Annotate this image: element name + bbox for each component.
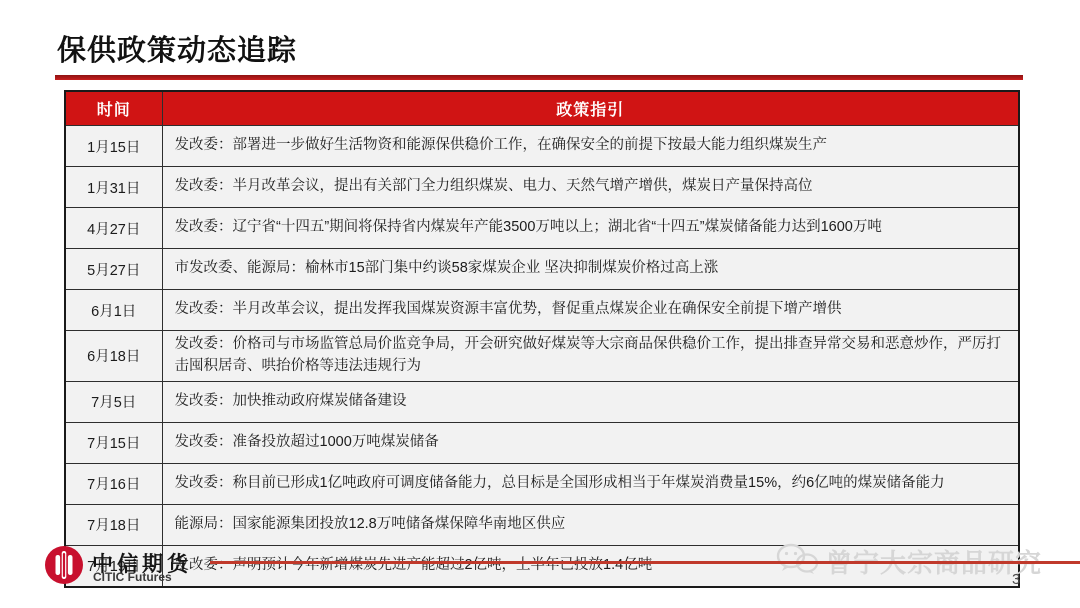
table-row: 7月16日 发改委：称目前已形成1亿吨政府可调度储备能力，总目标是全国形成相当于… [65, 463, 1019, 504]
date-cell: 7月16日 [65, 463, 162, 504]
table-row: 7月5日 发改委：加快推动政府煤炭储备建设 [65, 381, 1019, 422]
date-cell: 5月27日 [65, 249, 162, 290]
policy-table: 时间 政策指引 1月15日 发改委：部署进一步做好生活物资和能源保供稳价工作，在… [64, 90, 1020, 588]
table-row: 1月15日 发改委：部署进一步做好生活物资和能源保供稳价工作，在确保安全的前提下… [65, 126, 1019, 167]
date-cell: 1月15日 [65, 126, 162, 167]
policy-cell: 发改委：半月改革会议，提出有关部门全力组织煤炭、电力、天然气增产增供，煤炭日产量… [162, 167, 1019, 208]
footer-divider-line [210, 561, 1080, 564]
column-header-time: 时间 [65, 91, 162, 126]
date-cell: 1月31日 [65, 167, 162, 208]
table-row: 6月18日 发改委：价格司与市场监管总局价监竞争局，开会研究做好煤炭等大宗商品保… [65, 331, 1019, 382]
table-row: 7月18日 能源局：国家能源集团投放12.8万吨储备煤保障华南地区供应 [65, 504, 1019, 545]
policy-cell: 发改委：半月改革会议，提出发挥我国煤炭资源丰富优势，督促重点煤炭企业在确保安全前… [162, 290, 1019, 331]
date-cell: 7月18日 [65, 504, 162, 545]
policy-cell: 发改委：价格司与市场监管总局价监竞争局，开会研究做好煤炭等大宗商品保供稳价工作，… [162, 331, 1019, 382]
policy-cell: 发改委：称目前已形成1亿吨政府可调度储备能力，总目标是全国形成相当于年煤炭消费量… [162, 463, 1019, 504]
table-row: 6月1日 发改委：半月改革会议，提出发挥我国煤炭资源丰富优势，督促重点煤炭企业在… [65, 290, 1019, 331]
policy-cell: 发改委：部署进一步做好生活物资和能源保供稳价工作，在确保安全的前提下按最大能力组… [162, 126, 1019, 167]
table-header-row: 时间 政策指引 [65, 91, 1019, 126]
policy-cell: 能源局：国家能源集团投放12.8万吨储备煤保障华南地区供应 [162, 504, 1019, 545]
page-number: 3 [1012, 571, 1020, 588]
wechat-icon [775, 543, 819, 575]
table-row: 4月27日 发改委：辽宁省“十四五”期间将保持省内煤炭年产能3500万吨以上；湖… [65, 208, 1019, 249]
table-row: 1月31日 发改委：半月改革会议，提出有关部门全力组织煤炭、电力、天然气增产增供… [65, 167, 1019, 208]
date-cell: 4月27日 [65, 208, 162, 249]
column-header-policy: 政策指引 [162, 91, 1019, 126]
policy-cell: 市发改委、能源局：榆林市15部门集中约谈58家煤炭企业 坚决抑制煤炭价格过高上涨 [162, 249, 1019, 290]
date-cell: 6月18日 [65, 331, 162, 382]
policy-cell: 发改委：辽宁省“十四五”期间将保持省内煤炭年产能3500万吨以上；湖北省“十四五… [162, 208, 1019, 249]
page-title: 保供政策动态追踪 [57, 28, 297, 69]
slide: 保供政策动态追踪 时间 政策指引 1月15日 发改委：部署进一步做好生活物资和能… [0, 0, 1080, 608]
date-cell: 7月5日 [65, 381, 162, 422]
table-row: 7月15日 发改委：准备投放超过1000万吨煤炭储备 [65, 422, 1019, 463]
table-row: 5月27日 市发改委、能源局：榆林市15部门集中约谈58家煤炭企业 坚决抑制煤炭… [65, 249, 1019, 290]
date-cell: 6月1日 [65, 290, 162, 331]
brand-name-en: CITIC Futures [93, 570, 172, 584]
citic-logo-icon [44, 545, 84, 585]
policy-cell: 发改委：加快推动政府煤炭储备建设 [162, 381, 1019, 422]
date-cell: 7月15日 [65, 422, 162, 463]
title-underline [55, 75, 1023, 80]
policy-cell: 发改委：准备投放超过1000万吨煤炭储备 [162, 422, 1019, 463]
